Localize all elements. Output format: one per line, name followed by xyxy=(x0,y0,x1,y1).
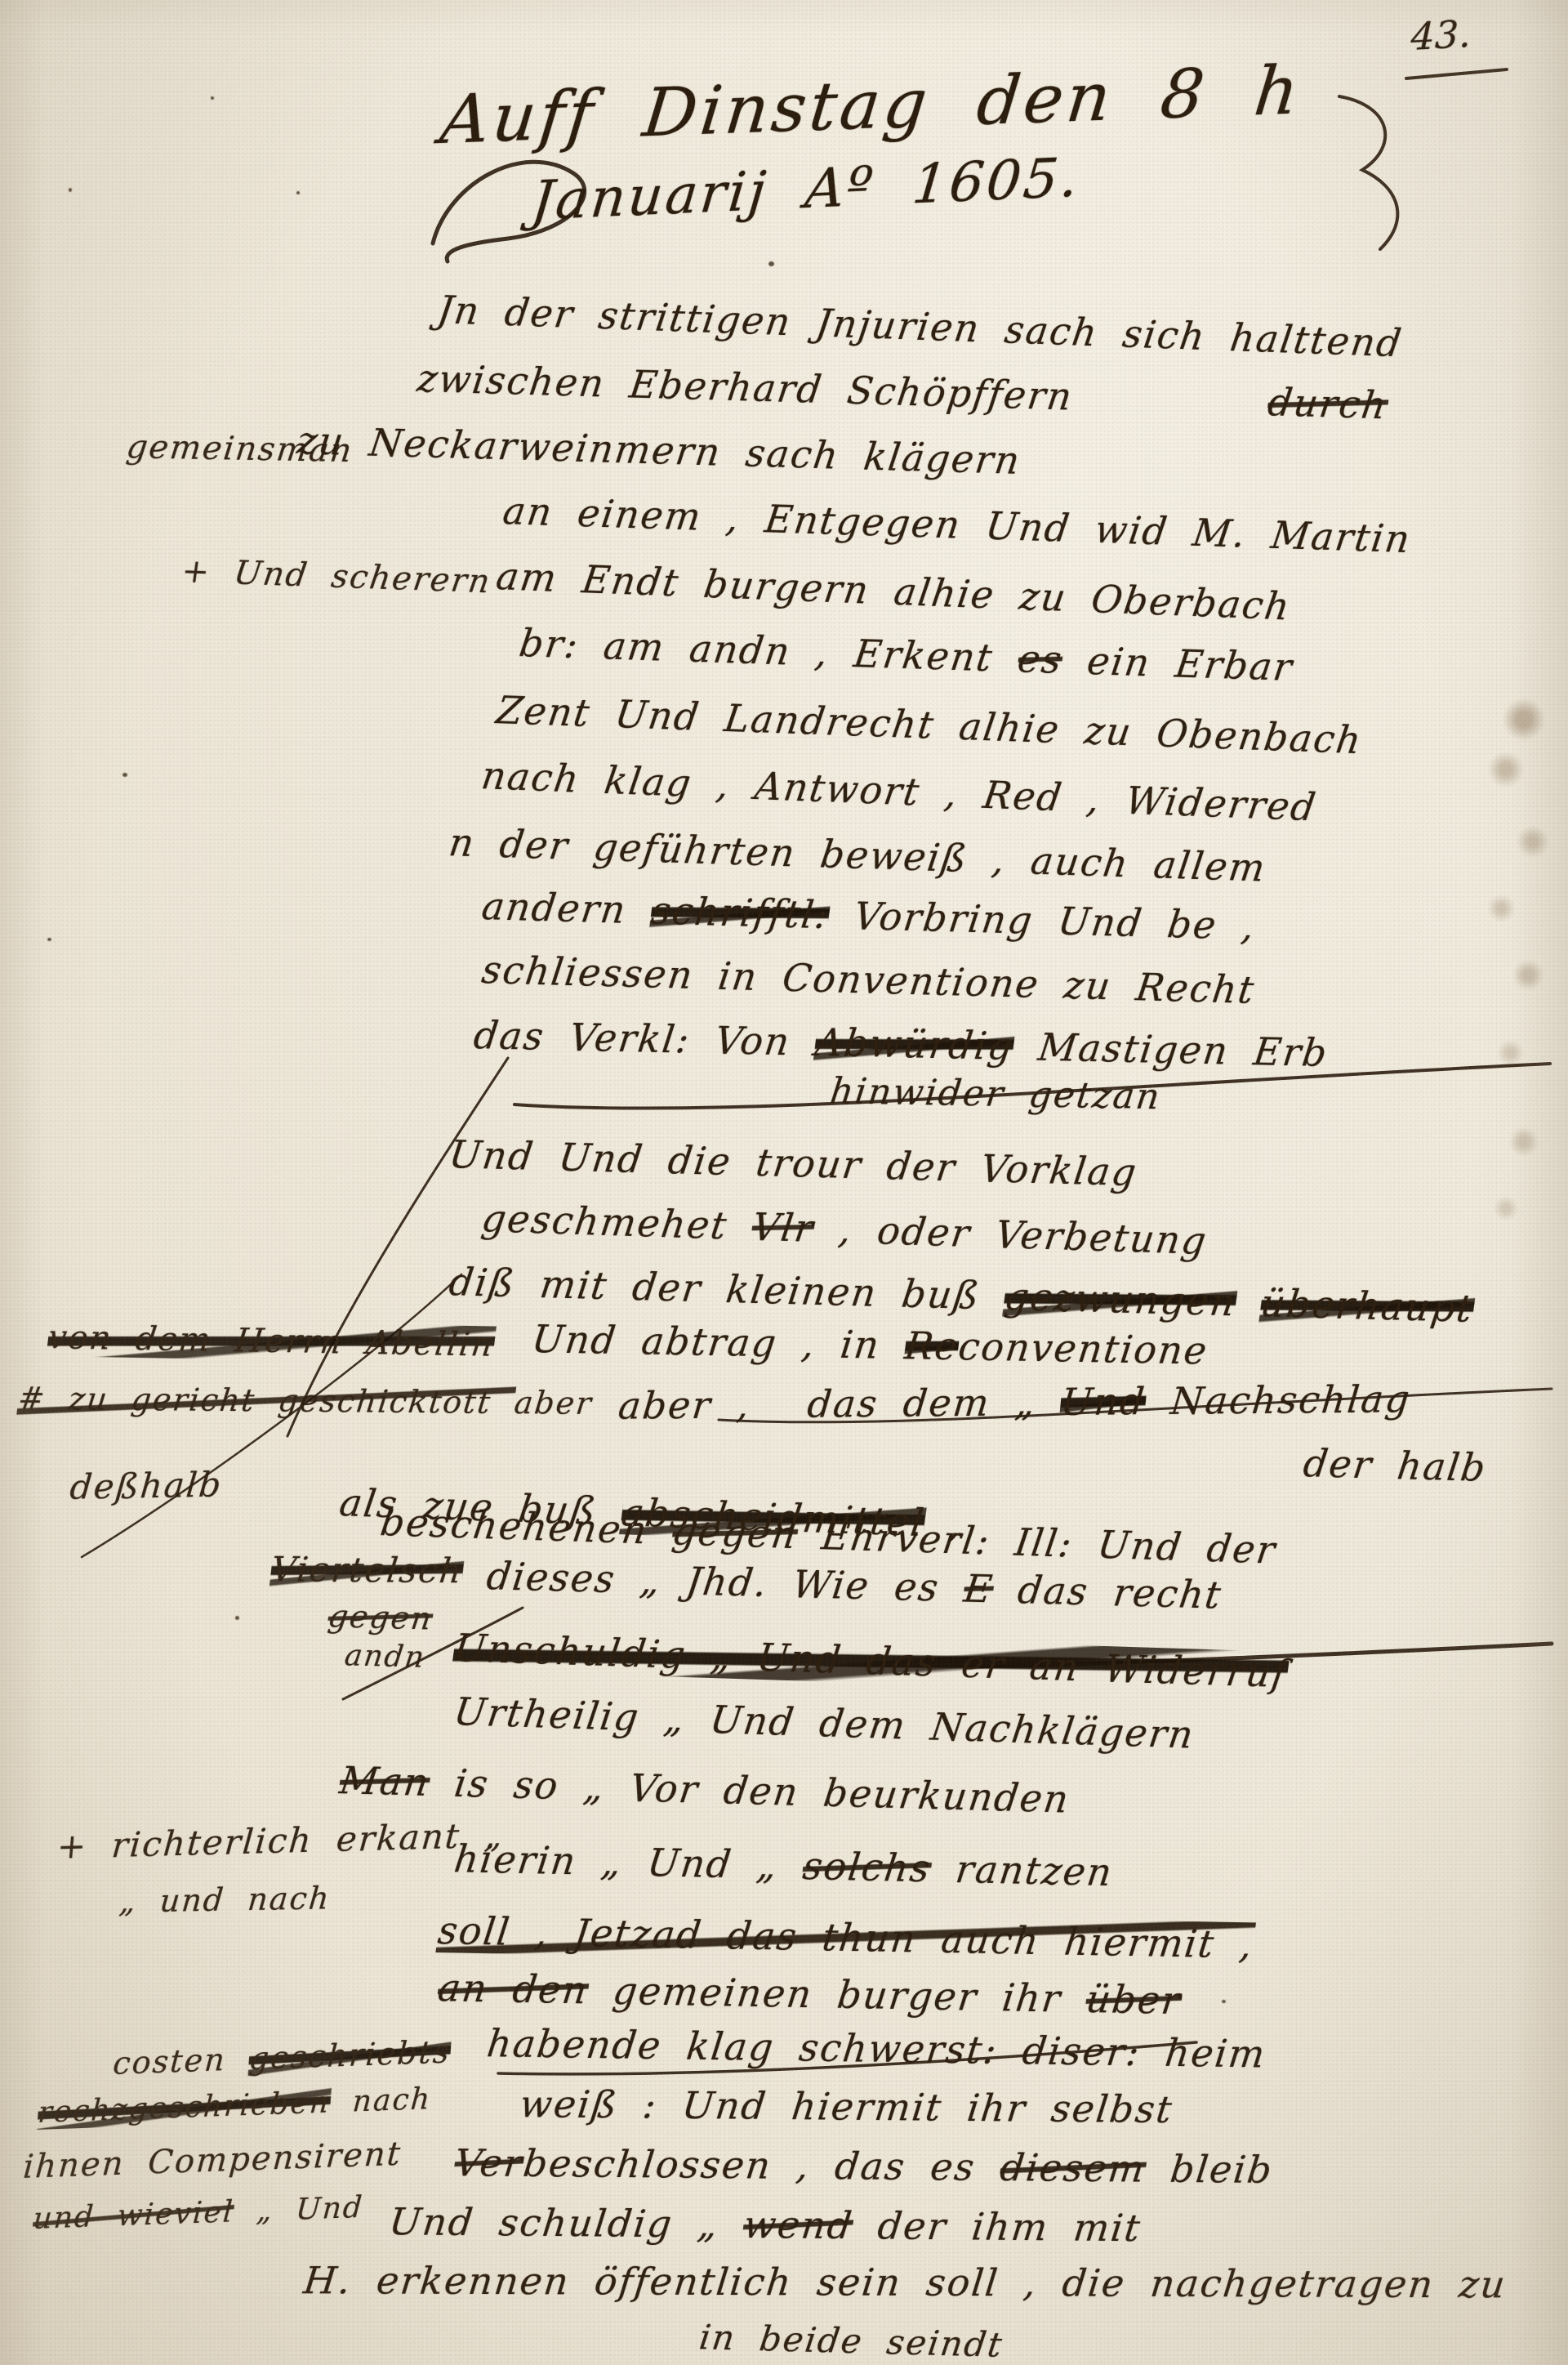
script-text: am Endt burgern alhie zu Oberbach xyxy=(493,554,1294,628)
struck-text: Ver xyxy=(452,2140,526,2185)
script-text: + richterlich erkant „ xyxy=(56,1815,506,1867)
ink-speck xyxy=(1222,2000,1226,2003)
script-line: das Verkl: Von Abwürdig Mastigen Erb xyxy=(471,1013,1330,1075)
script-line: andern schrifftl: Vorbring Und be , xyxy=(479,884,1258,948)
struck-text: Re xyxy=(902,1323,961,1368)
script-text: H. erkennen öffentlich sein soll , die n… xyxy=(301,2258,1508,2306)
struck-text: wend xyxy=(742,2202,856,2247)
script-line: in beide seindt xyxy=(697,2317,1006,2365)
margin-note: + Und scherern xyxy=(180,552,494,600)
script-text: an einem , Entgegen Und wid M. Martin xyxy=(501,489,1414,561)
struck-text: gegen xyxy=(326,1598,434,1636)
script-text: Und Und die trour der Vorklag xyxy=(447,1132,1140,1194)
script-line: zwischen Eberhard Schöpfferndurch xyxy=(415,356,1391,427)
margin-note: ihnen Compensirent xyxy=(22,2135,403,2186)
script-line: n der geführten beweiß , auch allem xyxy=(447,820,1269,890)
script-line: H. erkennen öffentlich sein soll , die n… xyxy=(301,2258,1508,2306)
struck-text: es xyxy=(1015,636,1066,682)
script-text: das Verkl: Von xyxy=(471,1013,818,1064)
script-text: in beide seindt xyxy=(697,2317,1006,2365)
script-line: br: am andn , Erkent es ein Erbar xyxy=(517,621,1296,689)
script-text: ihnen Compensirent xyxy=(22,2135,403,2186)
script-line: Und Und die trour der Vorklag xyxy=(447,1132,1140,1194)
script-text: der halb xyxy=(1301,1441,1490,1490)
margin-note: + richterlich erkant „ xyxy=(56,1815,506,1867)
script-text: Und abtrag , in xyxy=(529,1317,907,1368)
script-text: , oder Verbetung xyxy=(811,1207,1209,1263)
struck-text: Unschuldig „ Und das er an Widerruf xyxy=(452,1626,1290,1696)
struck-text: geschriebts xyxy=(247,2034,452,2077)
margin-note: andn xyxy=(343,1639,428,1675)
script-text: n der geführten beweiß , auch allem xyxy=(447,820,1269,890)
script-line: Urtheilig „ Und dem Nachklägern xyxy=(452,1689,1197,1757)
margin-note: „ und nach xyxy=(118,1880,332,1919)
script-gap xyxy=(1071,409,1267,415)
script-line: schliessen in Conventione zu Recht xyxy=(479,948,1258,1012)
margin-note: und wieviel „ Und xyxy=(32,2191,364,2236)
script-text: costen xyxy=(112,2041,251,2082)
script-text: Nachschlag xyxy=(1143,1377,1413,1424)
struck-text: durch xyxy=(1265,380,1390,427)
script-line: zu Neckarweinmern sach klägern xyxy=(295,418,1024,483)
struck-text: Und xyxy=(1058,1379,1147,1424)
script-text: andn xyxy=(343,1639,428,1675)
script-text: Urtheilig „ Und dem Nachklägern xyxy=(452,1689,1197,1757)
script-line: der halb xyxy=(1301,1441,1490,1490)
script-text: schliessen in Conventione zu Recht xyxy=(479,948,1258,1012)
ink-speck xyxy=(235,1616,239,1620)
ink-speck xyxy=(69,188,72,192)
script-text: das dem „ xyxy=(805,1381,1038,1426)
script-line: geschmehet Vlr , oder Verbetung xyxy=(479,1196,1210,1263)
struck-text: diesem xyxy=(998,2145,1148,2191)
script-text: „ und nach xyxy=(118,1880,332,1919)
script-line: Und abtrag , in Reconventione xyxy=(529,1317,1210,1372)
struck-text: überhaupt xyxy=(1258,1281,1477,1331)
script-text: br: am andn , Erkent xyxy=(517,621,1022,680)
script-text: zwischen Eberhard Schöpffern xyxy=(415,356,1076,418)
script-text: nach xyxy=(329,2082,433,2119)
struck-text: rechzgeschrieben xyxy=(37,2086,332,2130)
script-text: + Und scherern xyxy=(180,552,494,600)
script-line: Unschuldig „ Und das er an Widerruf xyxy=(452,1626,1290,1696)
margin-note: rechzgeschrieben nach xyxy=(37,2082,432,2130)
margin-note: costen geschriebts xyxy=(112,2034,452,2082)
page-edge-smudge xyxy=(1470,686,1560,1242)
script-line: an einem , Entgegen Und wid M. Martin xyxy=(501,489,1414,561)
script-text: weiß : Und hiermit ihr selbst xyxy=(518,2082,1176,2131)
struck-text: gezwungen xyxy=(1002,1274,1239,1324)
script-text: diß mit der kleinen buß xyxy=(447,1260,1008,1319)
heading-bracket xyxy=(1339,96,1397,249)
script-line: Jn der strittigen Jnjurien sach sich hal… xyxy=(434,288,1405,365)
script-line: nach klag , Antwort , Red , Widerred xyxy=(479,753,1320,829)
struck-text: über xyxy=(1084,1977,1184,2023)
script-line: Verbeschlossen , das es diesem bleib xyxy=(452,2140,1276,2192)
ink-speck xyxy=(122,773,127,777)
script-line: hierin „ Und „ solchs rantzen xyxy=(452,1836,1116,1894)
script-text: aber , xyxy=(617,1383,753,1428)
script-text: das recht xyxy=(991,1567,1225,1617)
script-text: rantzen xyxy=(929,1846,1116,1894)
script-text: der ihm mit xyxy=(850,2203,1143,2250)
struck-text: solchs xyxy=(800,1844,933,1890)
script-line: soll , Jetzad das thun auch hiermit , xyxy=(435,1908,1256,1966)
script-text: gemeinen burger ihr xyxy=(586,1968,1089,2021)
script-line: Man is so „ Vor den beurkunden xyxy=(337,1758,1072,1821)
script-text: zu Neckarweinmern sach klägern xyxy=(295,418,1024,483)
ink-speck xyxy=(768,261,774,266)
heading-date-line1: Auff Dinstag den 8 h xyxy=(437,51,1306,159)
script-text: habende klag schwerst: diser: heim xyxy=(485,2021,1269,2076)
margin-note: Viertelsch xyxy=(269,1549,465,1591)
script-text: geschmehet xyxy=(479,1196,756,1248)
struck-text: Man xyxy=(337,1758,433,1805)
margin-note: # zu gericht geschicktott aber xyxy=(16,1381,595,1421)
page-number: 43. xyxy=(1410,11,1471,59)
script-text: hinwider getzan xyxy=(828,1070,1164,1118)
struck-text: Viertelsch xyxy=(269,1549,465,1591)
struck-text: und wieviel xyxy=(32,2195,235,2236)
script-line: an den gemeinen burger ihr über xyxy=(435,1966,1183,2023)
script-text: ein Erbar xyxy=(1060,638,1297,689)
script-text: is so „ Vor den beurkunden xyxy=(427,1760,1073,1822)
script-line: Und schuldig „ wend der ihm mit xyxy=(387,2199,1144,2250)
struck-text: schrifftl: xyxy=(648,888,832,937)
pagenumber-underline xyxy=(1406,69,1507,78)
struck-text: gegen xyxy=(670,1509,800,1557)
script-text: bleib xyxy=(1143,2146,1276,2191)
diagonal-flourish-1 xyxy=(287,1058,508,1436)
margin-note: gegen xyxy=(326,1598,434,1636)
script-text: Vorbring Und be , xyxy=(826,893,1258,948)
struck-text: Abwürdig xyxy=(813,1020,1016,1069)
script-text: andern xyxy=(479,884,654,932)
script-line: hinwider getzan xyxy=(828,1070,1164,1118)
script-text: Zent Und Landrecht alhie zu Obenbach xyxy=(493,688,1365,762)
struck-text: von dem Herrn Abellin xyxy=(46,1319,496,1364)
script-text: hierin „ Und „ xyxy=(452,1836,806,1888)
ink-speck xyxy=(211,96,214,100)
script-text: beschlossen , das es xyxy=(521,2141,1003,2189)
margin-note: deßhalb xyxy=(69,1465,225,1507)
script-gap xyxy=(749,1417,806,1418)
script-line: am Endt burgern alhie zu Oberbach xyxy=(493,554,1294,628)
script-text: nach klag , Antwort , Red , Widerred xyxy=(479,753,1320,829)
script-text: Und schuldig „ xyxy=(387,2199,746,2247)
script-text: conventione xyxy=(956,1324,1211,1372)
struck-text: Vlr xyxy=(750,1204,817,1250)
script-line: aber ,das dem „Und Nachschlag xyxy=(617,1377,1413,1428)
heading-date-line2: Januarij Aº 1605. xyxy=(529,146,1084,233)
ink-speck xyxy=(47,938,51,941)
script-line: Zent Und Landrecht alhie zu Obenbach xyxy=(493,688,1365,762)
script-text: „ Und xyxy=(233,2191,364,2229)
script-line: habende klag schwerst: diser: heim xyxy=(485,2021,1269,2076)
ink-speck xyxy=(296,191,300,194)
script-text: dieses „ Jhd. Wie es xyxy=(484,1554,967,1610)
struck-text: # zu gericht geschicktott xyxy=(16,1381,516,1421)
script-text: beschehenen xyxy=(378,1500,676,1553)
script-text: deßhalb xyxy=(69,1465,225,1507)
margin-note: von dem Herrn Abellin xyxy=(46,1319,496,1364)
script-text: Jn der strittigen Jnjurien sach sich hal… xyxy=(434,288,1405,365)
struck-text: an den xyxy=(435,1966,590,2012)
struck-text: soll , Jetzad das thun auch hiermit , xyxy=(435,1908,1256,1966)
script-text: Mastigen Erb xyxy=(1011,1024,1331,1075)
manuscript-page: 43. Auff Dinstag den 8 h Januarij Aº 160… xyxy=(0,0,1568,2365)
script-text: aber xyxy=(512,1385,595,1421)
script-line: weiß : Und hiermit ihr selbst xyxy=(518,2082,1176,2131)
